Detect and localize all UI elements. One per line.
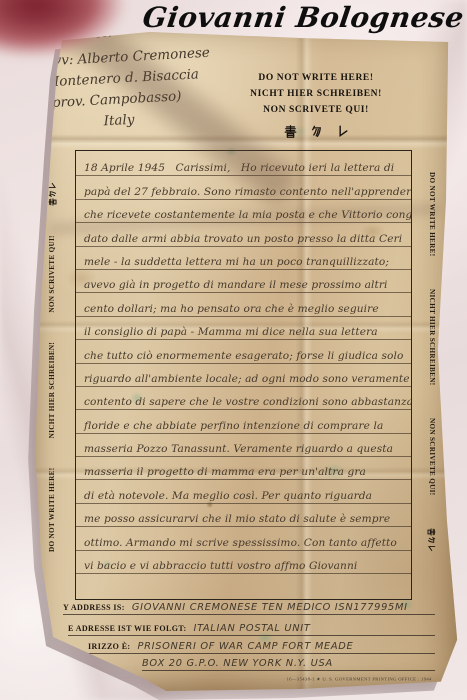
letter-line: cento dollari; ma ho pensato ora che è m… bbox=[76, 293, 411, 316]
letter-line: riguardo all'ambiente locale; ad ogni mo… bbox=[76, 364, 411, 387]
right-margin-kanji-icon bbox=[428, 528, 437, 552]
letter-line: che ricevete costantemente la mia posta … bbox=[76, 200, 411, 223]
gpo-print-code: 16—35438-1 ★ U. S. GOVERNMENT PRINTING O… bbox=[287, 677, 432, 683]
letter-line: contento di sapere che le vostre condizi… bbox=[76, 387, 411, 410]
kanji-mochi-icon bbox=[310, 125, 323, 138]
right-margin-warning: DO NOT WRITE HERE! NICHT HIER SCHREIBEN!… bbox=[425, 172, 439, 552]
address-form-row-en: Y ADDRESS IS: GIOVANNI CREMONESE TEN MED… bbox=[63, 602, 435, 615]
letter-line: mele - la suddetta lettera mi ha un poco… bbox=[76, 247, 411, 270]
left-margin-warning-de: NICHT HIER SCHREIBEN! bbox=[48, 342, 56, 438]
address-label-en: Y ADDRESS IS: bbox=[63, 603, 125, 612]
address-form-row-continuation: BOX 20 G.P.O. NEW YORK N.Y. USA bbox=[142, 658, 435, 671]
photographer-watermark: Giovanni Bolognese bbox=[141, 1, 466, 34]
left-margin-warning: DO NOT WRITE HERE! NICHT HIER SCHREIBEN!… bbox=[45, 182, 59, 552]
letter-line: dato dalle armi abbia trovato un posto p… bbox=[76, 223, 411, 246]
address-label-it: IRIZZO È: bbox=[88, 642, 131, 651]
address-form-row-de: E ADRESSE IST WIE FOLGT: ITALIAN POSTAL … bbox=[68, 623, 435, 636]
letter-line: avevo già in progetto di mandare il mese… bbox=[76, 270, 411, 293]
right-margin-warning-it: NON SCRIVETE QUI! bbox=[428, 418, 436, 495]
left-margin-warning-en: DO NOT WRITE HERE! bbox=[48, 468, 56, 552]
letter-blank-line bbox=[76, 574, 411, 597]
letter-body-box: 18 Aprile 1945 Carissimi, Ho ricevuto ie… bbox=[75, 150, 412, 600]
letter-signature-line: vi bacio e vi abbraccio tutti vostro aff… bbox=[76, 551, 411, 574]
letter-sheet: To: Avv: Alberto Cremonese Montenero d. … bbox=[30, 25, 458, 691]
do-not-write-header: DO NOT WRITE HERE! NICHT HIER SCHREIBEN!… bbox=[226, 70, 406, 138]
right-margin-warning-en: DO NOT WRITE HERE! bbox=[428, 172, 436, 256]
left-margin-kanji-icon bbox=[48, 182, 57, 206]
left-margin-warning-it: NON SCRIVETE QUI! bbox=[48, 235, 56, 312]
letter-line: floride e che abbiate perfino intenzione… bbox=[76, 410, 411, 433]
do-not-write-jp-icon bbox=[226, 125, 406, 138]
letter-line: me posso assicurarvi che il mio stato di… bbox=[76, 504, 411, 527]
address-value-continuation: BOX 20 G.P.O. NEW YORK N.Y. USA bbox=[142, 658, 333, 669]
letter-line: masseria Pozzo Tanassunt. Veramente rigu… bbox=[76, 434, 411, 457]
address-value-it: PRISONERI OF WAR CAMP FORT MEADE bbox=[138, 641, 354, 652]
right-margin-warning-de: NICHT HIER SCHREIBEN! bbox=[428, 289, 436, 385]
do-not-write-en: DO NOT WRITE HERE! bbox=[226, 70, 406, 86]
letter-line: che tutto ciò enormemente esagerato; for… bbox=[76, 340, 411, 363]
address-value-de: ITALIAN POSTAL UNIT bbox=[194, 623, 311, 634]
letter-line: ottimo. Armando mi scrive spessissimo. C… bbox=[76, 527, 411, 550]
do-not-write-de: NICHT HIER SCHREIBEN! bbox=[226, 86, 406, 102]
katakana-re-icon bbox=[336, 125, 349, 138]
do-not-write-it: NON SCRIVETE QUI! bbox=[226, 102, 406, 118]
photo-of-pow-letter: To: Avv: Alberto Cremonese Montenero d. … bbox=[0, 0, 467, 700]
address-label-de: E ADRESSE IST WIE FOLGT: bbox=[68, 624, 187, 633]
kanji-sho-icon bbox=[284, 125, 297, 138]
address-value-en: GIOVANNI CREMONESE TEN MEDICO ISN177995M… bbox=[132, 602, 408, 613]
letter-line: 18 Aprile 1945 Carissimi, Ho ricevuto ie… bbox=[76, 153, 411, 176]
letter-line: masseria il progetto di mamma era per un… bbox=[76, 457, 411, 480]
letter-line: il consiglio di papà - Mamma mi dice nel… bbox=[76, 317, 411, 340]
finger-top-left bbox=[0, 0, 155, 90]
letter-line: di età notevole. Ma meglio così. Per qua… bbox=[76, 480, 411, 503]
letter-line: papà del 27 febbraio. Sono rimasto conte… bbox=[76, 176, 411, 199]
address-form-row-it: IRIZZO È: PRISONERI OF WAR CAMP FORT MEA… bbox=[88, 641, 435, 654]
